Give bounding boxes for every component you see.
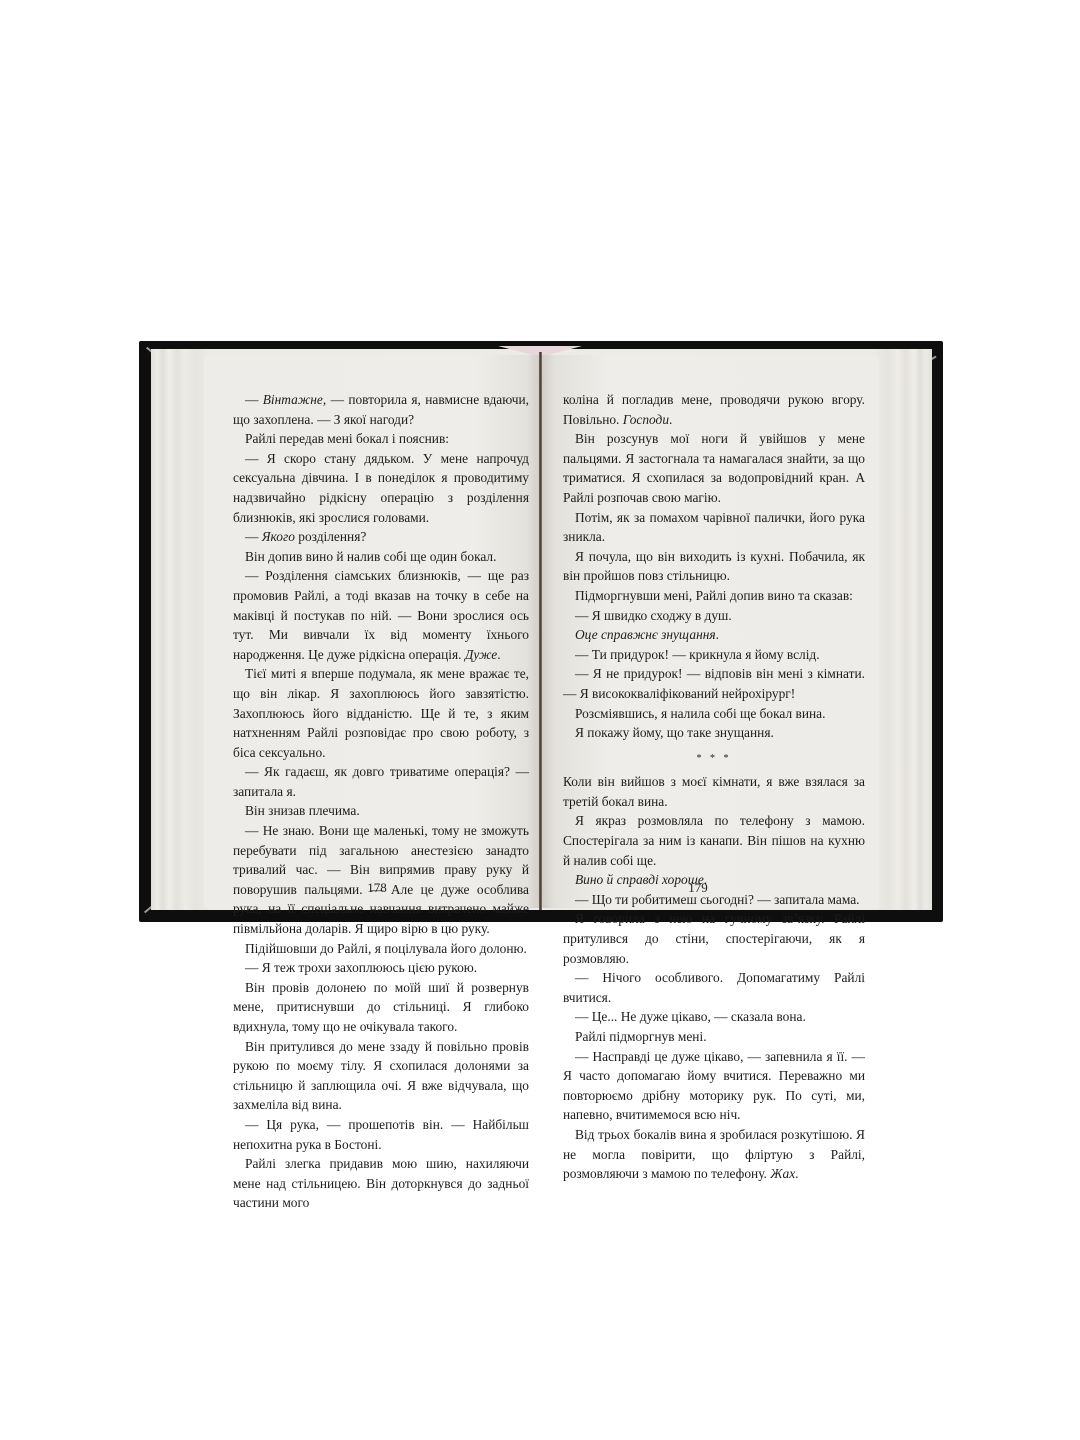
paragraph: Потім, як за помахом чарівної палички, й… bbox=[563, 508, 865, 547]
page-number-left: 178 bbox=[347, 880, 407, 896]
paragraph: — Це... Не дуже цікаво, — сказала вона. bbox=[563, 1007, 865, 1027]
paragraph: — Я не придурок! — відповів він мені з к… bbox=[563, 664, 865, 703]
left-page-text: — Вінтажне, — повторила я, навмисне вдаю… bbox=[233, 390, 529, 1213]
paragraph: — Я теж трохи захоплююсь цією рукою. bbox=[233, 958, 529, 978]
book-gutter bbox=[539, 352, 542, 910]
paragraph: Тієї миті я вперше подумала, як мене вра… bbox=[233, 664, 529, 762]
paragraph: Райлі підморгнув мені. bbox=[563, 1027, 865, 1047]
paragraph: Він допив вино й налив собі ще один бока… bbox=[233, 547, 529, 567]
paragraph: Коли він вийшов з моєї кімнати, я вже вз… bbox=[563, 772, 865, 811]
paragraph: Райлі передав мені бокал і пояснив: bbox=[233, 429, 529, 449]
paragraph: Від трьох бокалів вина я зробилася розку… bbox=[563, 1125, 865, 1184]
paragraph: Я якраз розмовляла по телефону з мамою. … bbox=[563, 811, 865, 870]
paragraph: — Якого розділення? bbox=[233, 527, 529, 547]
paragraph: — Ця рука, — прошепотів він. — Найбільш … bbox=[233, 1115, 529, 1154]
paragraph: Підморгнувши мені, Райлі допив вино та с… bbox=[563, 586, 865, 606]
paragraph: Райлі злегка придавив мою шию, нахиляючи… bbox=[233, 1154, 529, 1213]
paragraph: — Я скоро стану дядьком. У мене напрочуд… bbox=[233, 449, 529, 527]
page-number-right: 179 bbox=[668, 880, 728, 896]
paragraph: Я почула, що він виходить із кухні. Поба… bbox=[563, 547, 865, 586]
paragraph: Підійшовши до Райлі, я поцілувала його д… bbox=[233, 939, 529, 959]
section-separator: * * * bbox=[563, 749, 865, 769]
paragraph: — Нічого особливого. Допомагатиму Райлі … bbox=[563, 968, 865, 1007]
paragraph: — Я швидко сходжу в душ. bbox=[563, 606, 865, 626]
paragraph: Я говорила з нею на гучному зв’язку. Рай… bbox=[563, 909, 865, 968]
paragraph: — Вінтажне, — повторила я, навмисне вдаю… bbox=[233, 390, 529, 429]
paragraph: Оце справжнє знущання. bbox=[563, 625, 865, 645]
paragraph: коліна й погладив мене, проводячи рукою … bbox=[563, 390, 865, 429]
paragraph: Розсміявшись, я налила собі ще бокал вин… bbox=[563, 704, 865, 724]
paragraph: — Насправді це дуже цікаво, — запевнила … bbox=[563, 1047, 865, 1125]
paragraph: Він притулився до мене ззаду й повільно … bbox=[233, 1037, 529, 1115]
paragraph: Він знизав плечима. bbox=[233, 801, 529, 821]
paragraph: Він розсунув мої ноги й увійшов у мене п… bbox=[563, 429, 865, 507]
paragraph: Я покажу йому, що таке знущання. bbox=[563, 723, 865, 743]
right-page-text: коліна й погладив мене, проводячи рукою … bbox=[563, 390, 865, 1184]
paragraph: — Розділення сіамських близнюків, — ще р… bbox=[233, 566, 529, 664]
paragraph: — Як гадаєш, як довго триватиме операція… bbox=[233, 762, 529, 801]
paragraph: — Ти придурок! — крикнула я йому вслід. bbox=[563, 645, 865, 665]
paragraph: Він провів долонею по моїй шиї й розверн… bbox=[233, 978, 529, 1037]
